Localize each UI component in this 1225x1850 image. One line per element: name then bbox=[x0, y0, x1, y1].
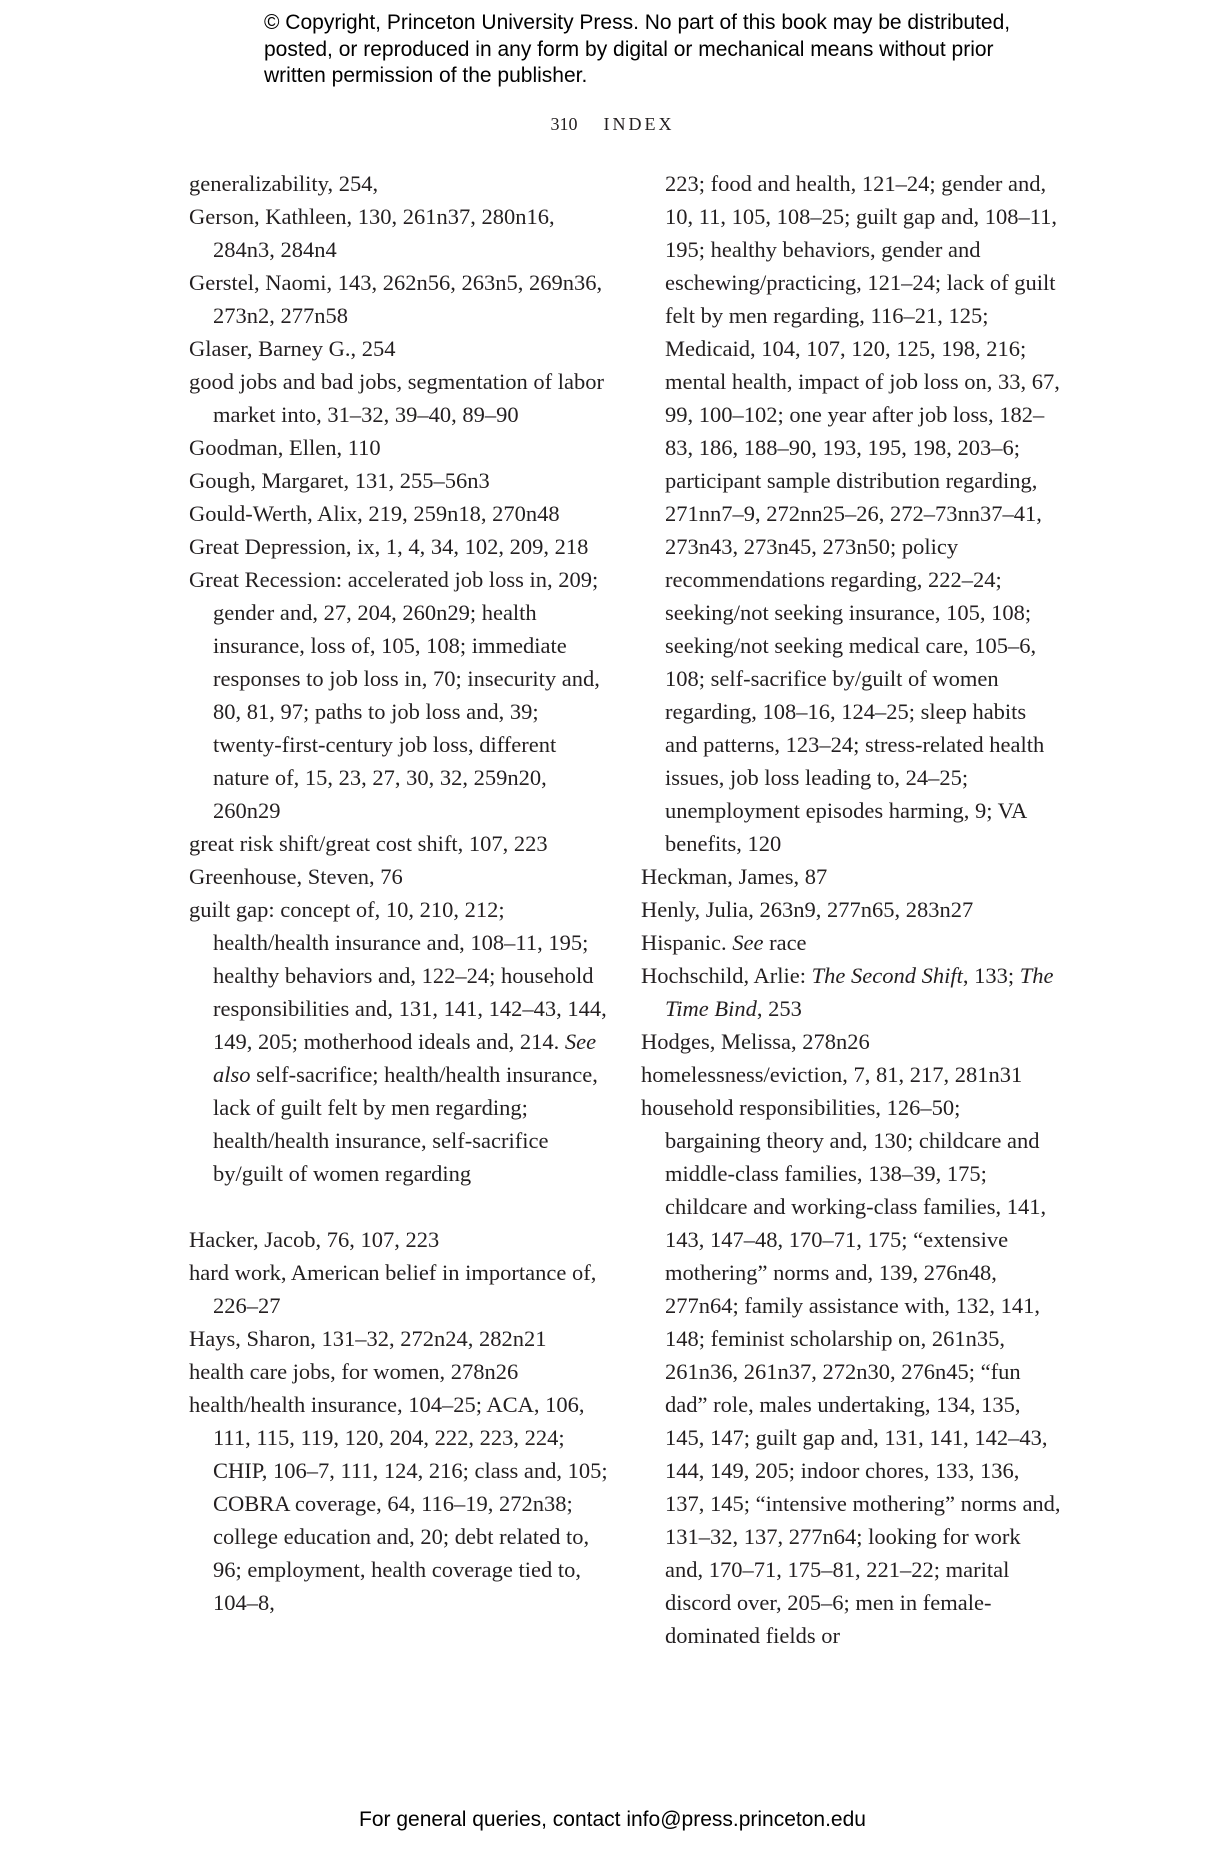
index-entry: Glaser, Barney G., 254 bbox=[189, 332, 609, 365]
entry-text: Hochschild, Arlie: bbox=[641, 963, 812, 988]
index-column-right: 223; food and health, 121–24; gender and… bbox=[641, 167, 1061, 1652]
index-entry: good jobs and bad jobs, segmentation of … bbox=[189, 365, 609, 431]
index-entry-continuation: 223; food and health, 121–24; gender and… bbox=[641, 167, 1061, 860]
index-entry: Greenhouse, Steven, 76 bbox=[189, 860, 609, 893]
index-entry: Great Depression, ix, 1, 4, 34, 102, 209… bbox=[189, 530, 609, 563]
entry-text: self-sacrifice; health/health insurance,… bbox=[213, 1062, 598, 1186]
index-column-left: generalizability, 254, Gerson, Kathleen,… bbox=[189, 167, 609, 1619]
index-entry: Hodges, Melissa, 278n26 bbox=[641, 1025, 1061, 1058]
index-entry-hispanic: Hispanic. See race bbox=[641, 926, 1061, 959]
running-head: 310INDEX bbox=[0, 114, 1225, 135]
see-reference: See bbox=[732, 930, 763, 955]
index-entry: homelessness/eviction, 7, 81, 217, 281n3… bbox=[641, 1058, 1061, 1091]
entry-text: , 133; bbox=[963, 963, 1020, 988]
index-entry: health care jobs, for women, 278n26 bbox=[189, 1355, 609, 1388]
index-entry: Gerson, Kathleen, 130, 261n37, 280n16, 2… bbox=[189, 200, 609, 266]
page-number: 310 bbox=[551, 114, 578, 134]
index-entry-guilt-gap: guilt gap: concept of, 10, 210, 212; hea… bbox=[189, 893, 609, 1190]
index-entry: Great Recession: accelerated job loss in… bbox=[189, 563, 609, 827]
entry-text: Hispanic. bbox=[641, 930, 732, 955]
index-entry: hard work, American belief in importance… bbox=[189, 1256, 609, 1322]
entry-text: , 253 bbox=[757, 996, 802, 1021]
index-entry: household responsibilities, 126–50; barg… bbox=[641, 1091, 1061, 1652]
letter-group-divider bbox=[189, 1190, 609, 1223]
contact-footer: For general queries, contact info@press.… bbox=[0, 1808, 1225, 1832]
index-entry: health/health insurance, 104–25; ACA, 10… bbox=[189, 1388, 609, 1619]
index-entry: Hays, Sharon, 131–32, 272n24, 282n21 bbox=[189, 1322, 609, 1355]
index-entry-hochschild: Hochschild, Arlie: The Second Shift, 133… bbox=[641, 959, 1061, 1025]
index-entry: Henly, Julia, 263n9, 277n65, 283n27 bbox=[641, 893, 1061, 926]
entry-text: race bbox=[763, 930, 806, 955]
book-title: The Second Shift bbox=[812, 963, 963, 988]
index-entry: Goodman, Ellen, 110 bbox=[189, 431, 609, 464]
copyright-notice: © Copyright, Princeton University Press.… bbox=[264, 10, 1024, 90]
index-entry: Heckman, James, 87 bbox=[641, 860, 1061, 893]
section-title: INDEX bbox=[604, 114, 675, 134]
index-entry: Gough, Margaret, 131, 255–56n3 bbox=[189, 464, 609, 497]
entry-text: guilt gap: concept of, 10, 210, 212; hea… bbox=[189, 897, 607, 1054]
index-entry: great risk shift/great cost shift, 107, … bbox=[189, 827, 609, 860]
index-entry: Gerstel, Naomi, 143, 262n56, 263n5, 269n… bbox=[189, 266, 609, 332]
index-entry: Hacker, Jacob, 76, 107, 223 bbox=[189, 1223, 609, 1256]
index-entry: generalizability, 254, bbox=[189, 167, 609, 200]
index-entry: Gould-Werth, Alix, 219, 259n18, 270n48 bbox=[189, 497, 609, 530]
